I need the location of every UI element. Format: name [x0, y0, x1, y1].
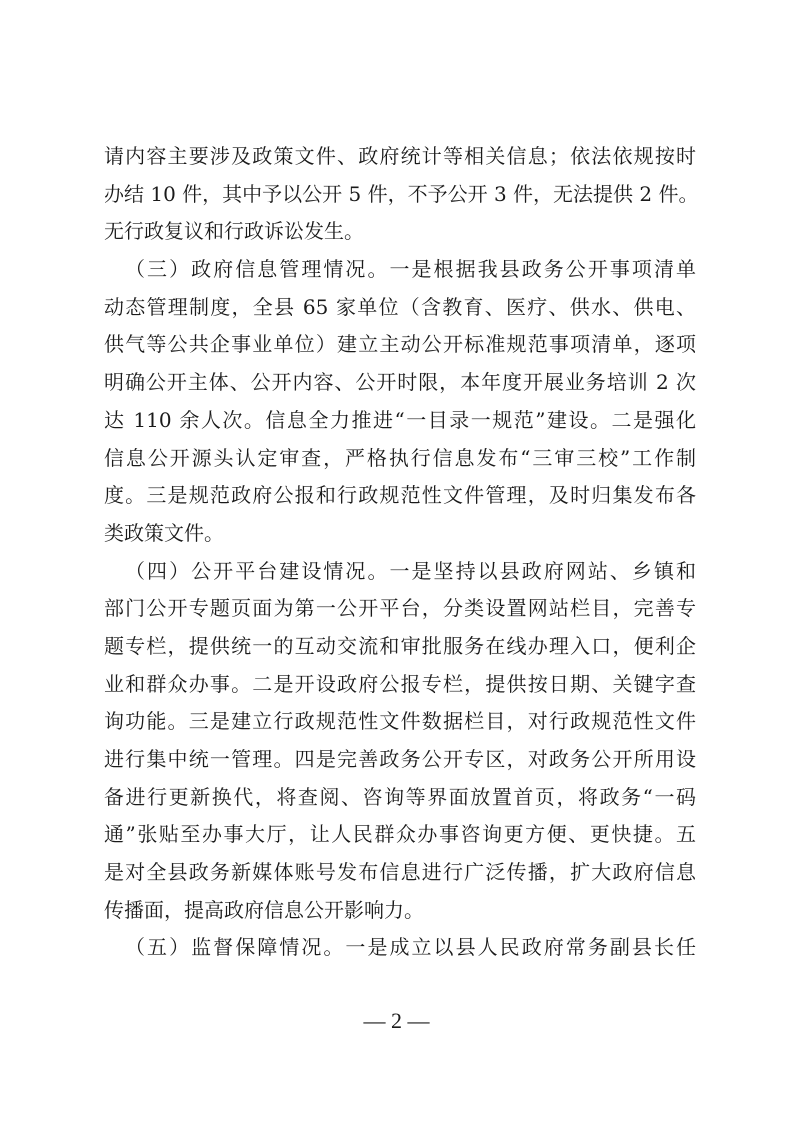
- document-page: 请内容主要涉及政策文件、政府统计等相关信息；依法依规按时 办结 10 件，其中予…: [0, 0, 793, 1122]
- text-line: 进行集中统一管理。四是完善政务公开专区，对政务公开所用设: [104, 741, 696, 779]
- text-line: 询功能。三是建立行政规范性文件数据栏目，对行政规范性文件: [104, 703, 696, 741]
- text-line: 通”张贴至办事大厅，让人民群众办事咨询更方便、更快捷。五: [104, 816, 696, 854]
- text-line: 办结 10 件，其中予以公开 5 件，不予公开 3 件，无法提供 2 件。: [104, 176, 696, 214]
- text-line: 明确公开主体、公开内容、公开时限，本年度开展业务培训 2 次: [104, 364, 696, 402]
- text-line: 供气等公共企事业单位）建立主动公开标准规范事项清单，逐项: [104, 326, 696, 364]
- page-number: — 2 —: [0, 1008, 793, 1034]
- section-heading-line: （三）政府信息管理情况。一是根据我县政务公开事项清单: [104, 251, 696, 289]
- text-line: 无行政复议和行政诉讼发生。: [104, 213, 696, 251]
- section-heading-line: （五）监督保障情况。一是成立以县人民政府常务副县长任: [104, 929, 696, 967]
- text-line: 达 110 余人次。信息全力推进“一目录一规范”建设。二是强化: [104, 402, 696, 440]
- text-line: 度。三是规范政府公报和行政规范性文件管理，及时归集发布各: [104, 477, 696, 515]
- text-line: 是对全县政务新媒体账号发布信息进行广泛传播，扩大政府信息: [104, 854, 696, 892]
- text-line: 题专栏，提供统一的互动交流和审批服务在线办理入口，便利企: [104, 628, 696, 666]
- section-heading-line: （四）公开平台建设情况。一是坚持以县政府网站、乡镇和: [104, 553, 696, 591]
- document-body: 请内容主要涉及政策文件、政府统计等相关信息；依法依规按时 办结 10 件，其中予…: [104, 138, 696, 967]
- text-line: 类政策文件。: [104, 515, 696, 553]
- text-line: 业和群众办事。二是开设政府公报专栏，提供按日期、关键字查: [104, 666, 696, 704]
- text-line: 备进行更新换代，将查阅、咨询等界面放置首页，将政务“一码: [104, 779, 696, 817]
- text-line: 动态管理制度，全县 65 家单位（含教育、医疗、供水、供电、: [104, 289, 696, 327]
- text-line: 信息公开源头认定审查，严格执行信息发布“三审三校”工作制: [104, 440, 696, 478]
- text-line: 部门公开专题页面为第一公开平台，分类设置网站栏目，完善专: [104, 590, 696, 628]
- text-line: 请内容主要涉及政策文件、政府统计等相关信息；依法依规按时: [104, 138, 696, 176]
- text-line: 传播面，提高政府信息公开影响力。: [104, 892, 696, 930]
